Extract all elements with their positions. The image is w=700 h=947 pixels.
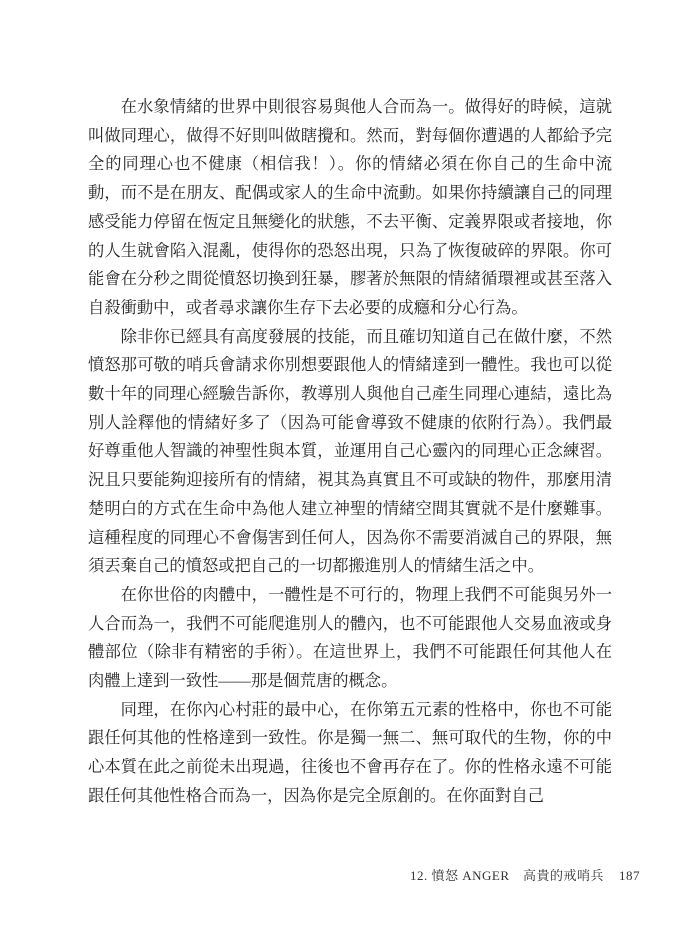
paragraph-4: 同理，在你內心村莊的最中心，在你第五元素的性格中，你也不可能跟任何其他的性格達到… <box>88 696 612 811</box>
paragraph-1: 在水象情緒的世界中則很容易與他人合而為一。做得好的時候，這就叫做同理心，做得不好… <box>88 93 612 323</box>
paragraph-2: 除非你已經具有高度發展的技能，而且確切知道自己在做什麼，不然憤怒那可敬的哨兵會請… <box>88 323 612 581</box>
book-page: 在水象情緒的世界中則很容易與他人合而為一。做得好的時候，這就叫做同理心，做得不好… <box>0 0 700 947</box>
page-footer: 12. 憤怒 ANGER 高貴的戒哨兵 187 <box>410 866 640 886</box>
paragraph-3: 在你世俗的肉體中，一體性是不可行的，物理上我們不可能與另外一人合而為一，我們不可… <box>88 581 612 696</box>
running-footer-chapter-title: 12. 憤怒 ANGER 高貴的戒哨兵 <box>410 866 604 886</box>
page-number: 187 <box>619 866 640 886</box>
body-text: 在水象情緒的世界中則很容易與他人合而為一。做得好的時候，這就叫做同理心，做得不好… <box>88 93 612 811</box>
